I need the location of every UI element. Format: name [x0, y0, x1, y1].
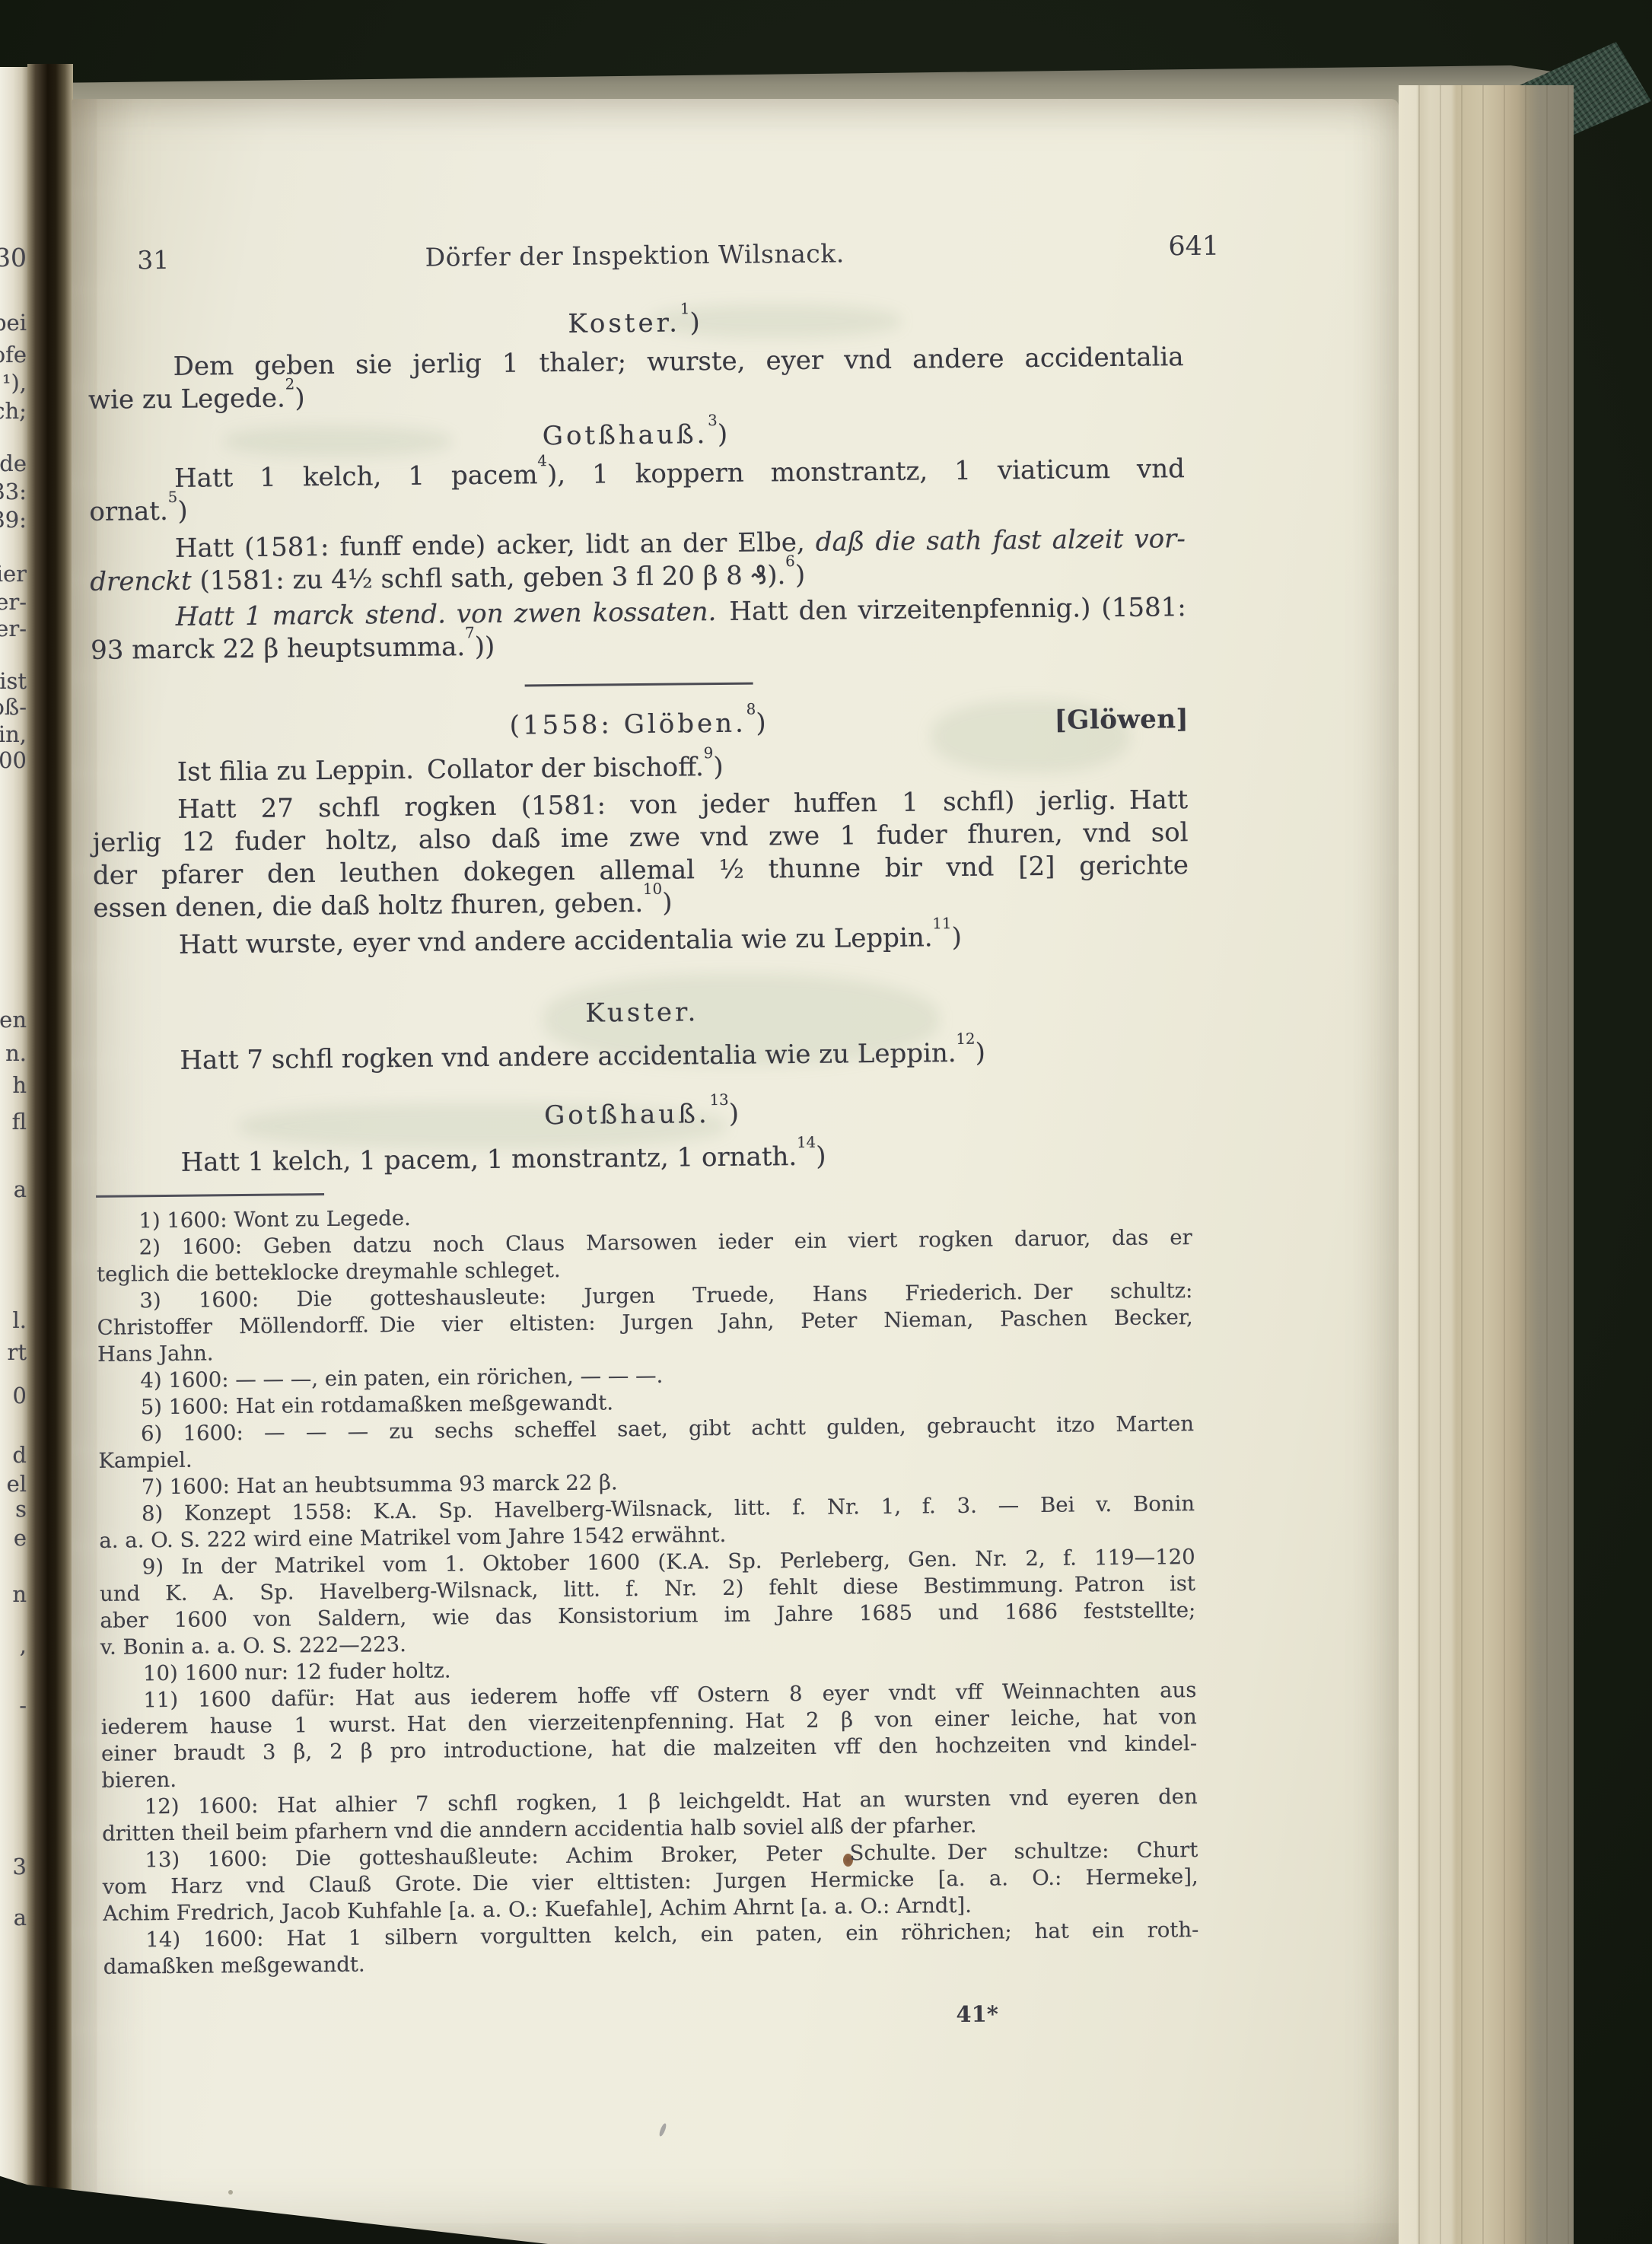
facing-page-text-fragments: 30beiofe¹),ch;nde33:39:ierer-er-istoß-in… [0, 67, 29, 2190]
heading-gloeben: (1558: Glöben.8)[Glöwen] [91, 703, 1187, 746]
text-fragment: in, [0, 724, 27, 746]
page-content: 31 Dörfer der Inspektion Wilsnack. 641 K… [85, 94, 1199, 2036]
text-fragment: h [12, 1074, 27, 1097]
page-body-text: Koster.1)Dem geben sie jerlig 1 thaler; … [88, 302, 1192, 1180]
text-fragment: fl [12, 1111, 27, 1133]
text-fragment: oß- [0, 696, 27, 718]
book-photo: { "book": { "header": { "page_left": "31… [0, 0, 1652, 2244]
margin-place-label: [Glöwen] [1054, 703, 1189, 737]
text-fragment: rt [7, 1342, 27, 1364]
text-fragment: el [7, 1473, 27, 1495]
text-fragment: ¹), [2, 372, 27, 394]
text-fragment: er- [0, 618, 27, 640]
text-fragment: n [12, 1584, 27, 1606]
stray-dot [228, 2190, 233, 2195]
text-fragment: 39: [0, 509, 27, 531]
text-line: Hatt 7 schfl rogken vnd andere accidenta… [94, 1035, 1190, 1078]
text-fragment: nde [0, 453, 27, 475]
text-fragment: ist [0, 670, 27, 692]
text-fragment: 3 [13, 1856, 27, 1878]
header-page-number-right: 641 [1168, 231, 1219, 263]
footnote-separator-rule [96, 1193, 324, 1198]
section-divider-rule [525, 683, 753, 687]
text-fragment: d [12, 1444, 27, 1466]
text-fragment: s [15, 1498, 27, 1520]
text-fragment: a [14, 1907, 27, 1929]
text-line: Ist filia zu Leppin. Collator der bischo… [92, 746, 1188, 790]
heading-kuster: Kuster. [94, 991, 1190, 1035]
text-fragment: en [0, 1009, 27, 1031]
signature-mark: 41* [103, 1999, 1199, 2036]
text-fragment: 30 [0, 245, 27, 270]
text-fragment: 00 [0, 750, 27, 772]
text-fragment: 0 [13, 1385, 27, 1407]
text-fragment: ch; [0, 400, 27, 422]
text-fragment: er- [0, 591, 27, 613]
heading-gotsshauss: Gotßhauß.3) [88, 414, 1184, 457]
text-fragment: ier [0, 563, 27, 585]
gutter-shadow [27, 64, 73, 2195]
heading-gotsshauss-2: Gotßhauß.13) [95, 1093, 1191, 1137]
text-fragment: n. [5, 1042, 27, 1065]
right-page: 31 Dörfer der Inspektion Wilsnack. 641 K… [72, 99, 1399, 2244]
running-title: Dörfer der Inspektion Wilsnack. [87, 235, 1183, 275]
text-line: Hatt wurste, eyer vnd andere accidentali… [94, 919, 1189, 963]
text-fragment: , [20, 1634, 27, 1657]
text-fragment: e [14, 1527, 27, 1549]
text-fragment: bei [0, 312, 27, 334]
text-fragment: ofe [0, 344, 27, 366]
heading-koster: Koster.1) [88, 302, 1183, 345]
page-header: 31 Dörfer der Inspektion Wilsnack. 641 [87, 235, 1183, 278]
text-line: Hatt 1 kelch, 1 pacem, 1 monstrantz, 1 o… [95, 1137, 1191, 1180]
text-fragment: 33: [0, 481, 27, 503]
stray-mark [658, 2123, 667, 2137]
text-fragment: l. [13, 1310, 27, 1332]
text-fragment: - [19, 1695, 27, 1717]
fore-edge-pages [1399, 85, 1574, 2244]
text-fragment: a [14, 1179, 27, 1201]
footnotes-section: 1) 1600: Wont zu Legede.2) 1600: Geben d… [96, 1198, 1199, 1981]
